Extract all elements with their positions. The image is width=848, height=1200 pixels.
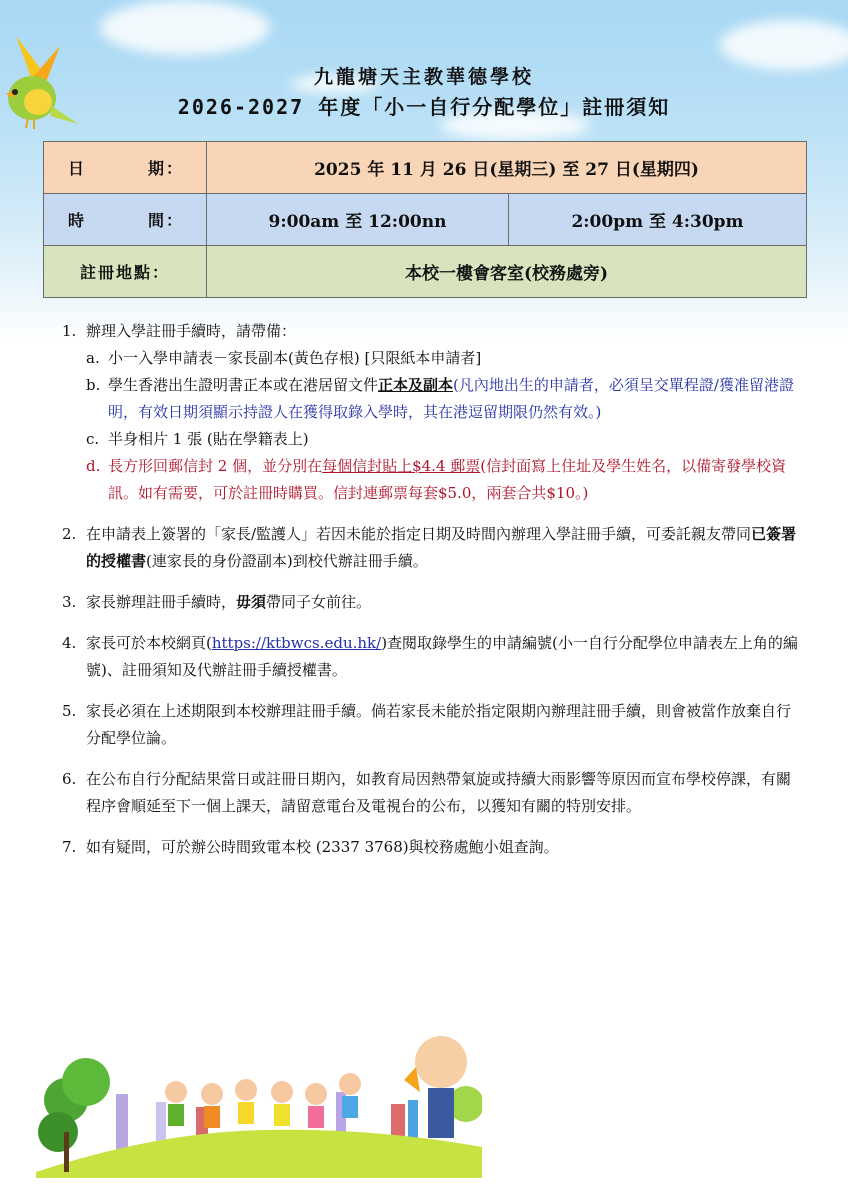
note-item: 2. 在申請表上簽署的「家長/監護人」若因未能於指定日期及時間內辦理入學註冊手續… [62, 521, 802, 575]
note-item: 3. 家長辦理註冊手續時，毋須帶同子女前往。 [62, 589, 802, 616]
notice-header: 九龍塘天主教華德學校 2026-2027 年度「小一自行分配學位」註冊須知 [0, 62, 848, 122]
notice-title: 2026-2027 年度「小一自行分配學位」註冊須知 [0, 92, 848, 122]
registration-info-table: 日 期： 2025 年 11 月 26 日(星期三) 至 27 日(星期四) 時… [43, 141, 807, 298]
note-subitem: d. 長方形回郵信封 2 個，並分別在每個信封貼上$4.4 郵票(信封面寫上住址… [86, 453, 802, 507]
note-item: 7. 如有疑問，可於辦公時間致電本校 (2337 3768)與校務處鮑小姐查詢。 [62, 834, 802, 861]
date-row: 日 期： 2025 年 11 月 26 日(星期三) 至 27 日(星期四) [44, 142, 807, 194]
school-website-link[interactable]: https://ktbwcs.edu.hk/ [212, 634, 381, 652]
note-item: 1. 辦理入學註冊手續時，請帶備： a. 小一入學申請表－家長副本(黃色存根) … [62, 318, 802, 507]
note-subitem: b. 學生香港出生證明書正本或在港居留文件正本及副本(凡內地出生的申請者，必須呈… [86, 372, 802, 426]
date-value: 2025 年 11 月 26 日(星期三) 至 27 日(星期四) [207, 142, 807, 194]
note-item: 6. 在公布自行分配結果當日或註冊日期內，如教育局因熱帶氣旋或持續大雨影響等原因… [62, 766, 802, 820]
note-item: 5. 家長必須在上述期限到本校辦理註冊手續。倘若家長未能於指定限期內辦理註冊手續… [62, 698, 802, 752]
note-item: 4. 家長可於本校網頁(https://ktbwcs.edu.hk/)查閱取錄學… [62, 630, 802, 684]
cloud [100, 0, 270, 55]
note-subitem: c. 半身相片 1 張 (貼在學籍表上) [86, 426, 802, 453]
venue-label: 註冊地點： [44, 246, 207, 298]
note-subitem: a. 小一入學申請表－家長副本(黃色存根) [只限紙本申請者] [86, 345, 802, 372]
registration-notes: 1. 辦理入學註冊手續時，請帶備： a. 小一入學申請表－家長副本(黃色存根) … [62, 318, 802, 861]
school-name: 九龍塘天主教華德學校 [0, 62, 848, 92]
venue-row: 註冊地點： 本校一樓會客室(校務處旁) [44, 246, 807, 298]
time-afternoon: 2:00pm 至 4:30pm [509, 194, 807, 246]
date-label: 日 期： [44, 142, 207, 194]
children-on-hill-illustration [36, 1022, 482, 1178]
time-row: 時 間： 9:00am 至 12:00nn 2:00pm 至 4:30pm [44, 194, 807, 246]
venue-value: 本校一樓會客室(校務處旁) [207, 246, 807, 298]
time-label: 時 間： [44, 194, 207, 246]
time-morning: 9:00am 至 12:00nn [207, 194, 509, 246]
